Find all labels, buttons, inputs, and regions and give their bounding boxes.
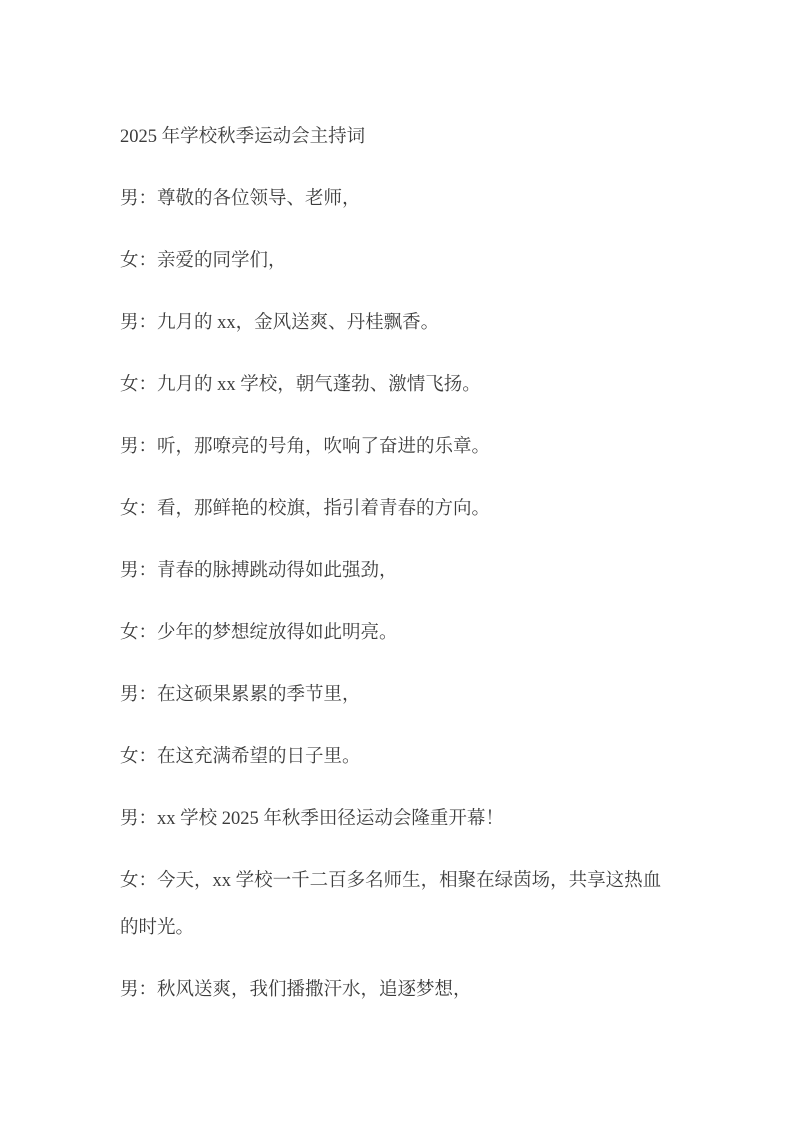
dialogue-line: 男：xx 学校 2025 年秋季田径运动会隆重开幕！ xyxy=(120,796,673,843)
dialogue-line: 男：听，那嘹亮的号角，吹响了奋进的乐章。 xyxy=(120,424,673,471)
document-title: 2025 年学校秋季运动会主持词 xyxy=(120,114,673,161)
document-body: 男：尊敬的各位领导、老师，女：亲爱的同学们，男：九月的 xx，金风送爽、丹桂飘香… xyxy=(120,176,673,1014)
dialogue-line: 男：秋风送爽，我们播撒汗水，追逐梦想， xyxy=(120,967,673,1014)
dialogue-line: 男：尊敬的各位领导、老师， xyxy=(120,176,673,223)
dialogue-line: 男：在这硕果累累的季节里， xyxy=(120,672,673,719)
dialogue-line: 女：看，那鲜艳的校旗，指引着青春的方向。 xyxy=(120,486,673,533)
dialogue-line: 女：九月的 xx 学校，朝气蓬勃、激情飞扬。 xyxy=(120,362,673,409)
dialogue-line: 女：少年的梦想绽放得如此明亮。 xyxy=(120,610,673,657)
document-page: 2025 年学校秋季运动会主持词 男：尊敬的各位领导、老师，女：亲爱的同学们，男… xyxy=(0,0,793,1122)
dialogue-line: 女：今天，xx 学校一千二百多名师生，相聚在绿茵场，共享这热血的时光。 xyxy=(120,858,673,952)
dialogue-line: 女：亲爱的同学们， xyxy=(120,238,673,285)
dialogue-line: 男：青春的脉搏跳动得如此强劲， xyxy=(120,548,673,595)
dialogue-line: 男：九月的 xx，金风送爽、丹桂飘香。 xyxy=(120,300,673,347)
dialogue-line: 女：在这充满希望的日子里。 xyxy=(120,734,673,781)
